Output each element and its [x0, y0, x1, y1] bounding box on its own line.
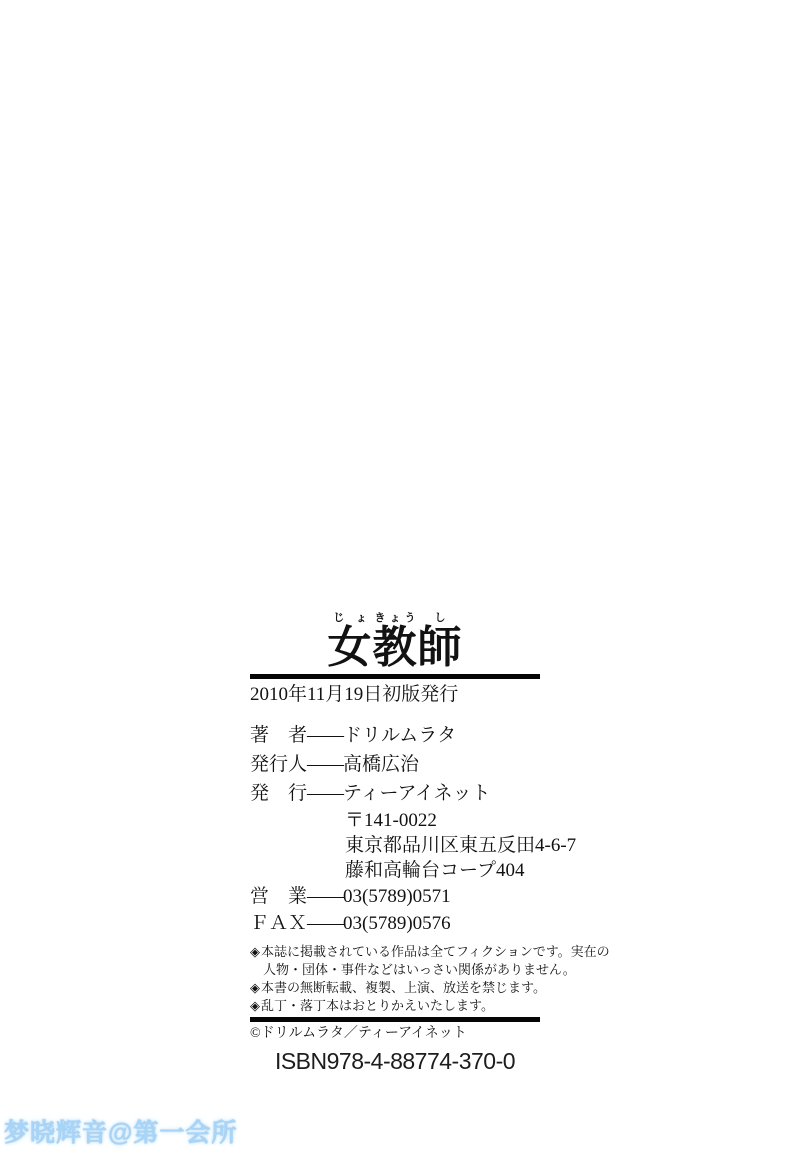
credit-row-publisher-person: 発行人——高橋広治: [250, 750, 540, 779]
divider-bottom-rule: [250, 1017, 540, 1022]
credit-dash: ——: [307, 750, 343, 779]
publisher-address: 〒141-0022 東京都品川区東五反田4-6-7 藤和高輪台コープ404: [345, 808, 540, 883]
credit-dash: ——: [307, 721, 343, 750]
legal-notices: ◈本誌に掲載されている作品は全てフィクションです。実在の人物・団体・事件などはい…: [250, 943, 615, 1015]
title-char-2: 教: [373, 623, 418, 672]
contact-dash: ——: [307, 910, 343, 937]
diamond-bullet-icon: ◈: [250, 980, 260, 995]
diamond-bullet-icon: ◈: [250, 998, 260, 1013]
notice-no-reproduction: ◈本書の無断転載、複製、上演、放送を禁じます。: [250, 979, 615, 997]
book-title: 女じょ教きょう師し: [328, 623, 463, 672]
sales-phone-number: 03(5789)0571: [343, 883, 451, 910]
contact-dash: ——: [307, 883, 343, 910]
edition-date: 2010年11月19日初版発行: [250, 683, 540, 707]
address-line-1: 東京都品川区東五反田4-6-7: [345, 833, 540, 858]
isbn-number: ISBN978-4-88774-370-0: [250, 1048, 540, 1075]
notice-defective-copies: ◈乱丁・落丁本はおとりかえいたします。: [250, 997, 615, 1015]
credit-label: 著 者: [250, 721, 307, 750]
credits-list: 著 者——ドリルムラタ 発行人——高橋広治 発 行——ティーアイネット: [250, 721, 540, 808]
notice-text: 乱丁・落丁本はおとりかえいたします。: [261, 998, 494, 1013]
colophon-block: 女じょ教きょう師し 2010年11月19日初版発行 著 者——ドリルムラタ 発行…: [250, 612, 540, 1075]
credit-value: 高橋広治: [343, 750, 419, 779]
colophon-page: 女じょ教きょう師し 2010年11月19日初版発行 著 者——ドリルムラタ 発行…: [0, 0, 800, 1156]
fax-number: 03(5789)0576: [343, 910, 451, 937]
diamond-bullet-icon: ◈: [250, 944, 260, 959]
title-char-1: 女: [328, 623, 373, 672]
contact-row-sales: 営 業——03(5789)0571: [250, 883, 540, 910]
credit-row-publisher: 発 行——ティーアイネット: [250, 779, 540, 808]
address-line-2: 藤和高輪台コープ404: [345, 858, 540, 883]
notice-fiction-disclaimer: ◈本誌に掲載されている作品は全てフィクションです。実在の人物・団体・事件などはい…: [250, 943, 615, 979]
divider-top-rule: [250, 674, 540, 679]
postal-code: 〒141-0022: [345, 808, 540, 833]
credit-label: 発 行: [250, 779, 307, 808]
title-furigana-1: じょ: [328, 612, 373, 624]
credit-row-author: 著 者——ドリルムラタ: [250, 721, 540, 750]
credit-value: ティーアイネット: [343, 779, 491, 808]
title-furigana-3: し: [418, 612, 463, 624]
copyright-line: ©ドリルムラタ／ティーアイネット: [250, 1025, 540, 1042]
contact-row-fax: ＦＡＸ——03(5789)0576: [250, 910, 540, 937]
notice-text: 本誌に掲載されている作品は全てフィクションです。実在の人物・団体・事件などはいっ…: [261, 944, 610, 977]
scanner-watermark: 梦晓辉音@第一会所: [4, 1116, 237, 1150]
book-title-wrap: 女じょ教きょう師し: [250, 612, 540, 671]
credit-value: ドリルムラタ: [343, 721, 456, 750]
credit-label: 発行人: [250, 750, 307, 779]
contact-list: 営 業——03(5789)0571 ＦＡＸ——03(5789)0576: [250, 883, 540, 937]
contact-label: ＦＡＸ: [250, 910, 307, 937]
title-furigana-2: きょう: [373, 612, 418, 624]
title-char-3: 師: [418, 623, 463, 672]
credit-dash: ——: [307, 779, 343, 808]
contact-label: 営 業: [250, 883, 307, 910]
notice-text: 本書の無断転載、複製、上演、放送を禁じます。: [261, 980, 546, 995]
